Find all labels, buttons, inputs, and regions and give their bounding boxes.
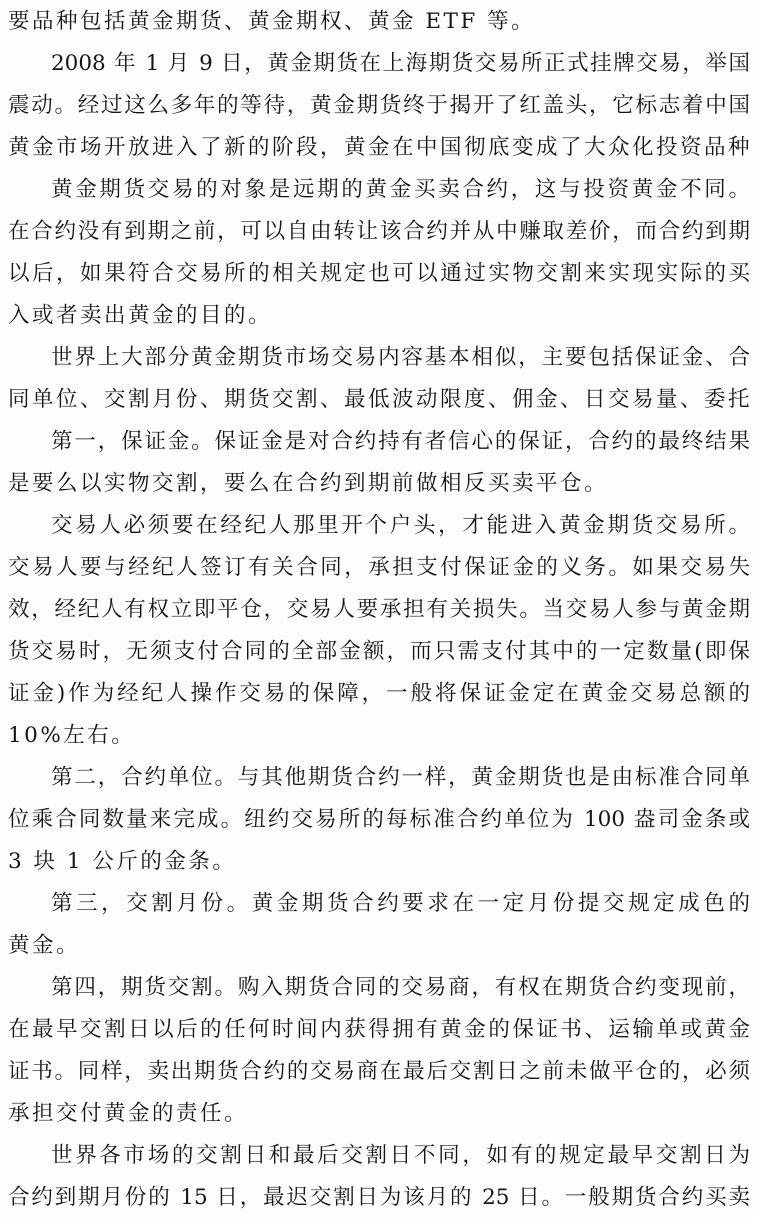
- text-line: 承担交付黄金的责任。: [8, 1093, 750, 1135]
- text-line: 以后，如果符合交易所的相关规定也可以通过实物交割来实现实际的买: [8, 253, 750, 295]
- text-line: 合约到期月份的 15 日，最迟交割日为该月的 25 日。一般期货合约买卖: [8, 1177, 750, 1217]
- text-line: 第一，保证金。保证金是对合约持有者信心的保证，合约的最终结果: [8, 421, 750, 463]
- text-line: 第二，合约单位。与其他期货合约一样，黄金期货也是由标准合同单: [8, 757, 750, 799]
- text-line: 效，经纪人有权立即平仓，交易人要承担有关损失。当交易人参与黄金期: [8, 589, 750, 631]
- text-line: 位乘合同数量来完成。纽约交易所的每标准合约单位为 100 盎司金条或: [8, 799, 750, 841]
- text-line: 在最早交割日以后的任何时间内获得拥有黄金的保证书、运输单或黄金: [8, 1009, 750, 1051]
- text-line: 交易人要与经纪人签订有关合同，承担支付保证金的义务。如果交易失: [8, 547, 750, 589]
- text-line: 黄金。: [8, 925, 750, 967]
- text-line: 第四，期货交割。购入期货合同的交易商，有权在期货合约变现前，: [8, 967, 750, 1009]
- book-page: 要品种包括黄金期货、黄金期权、黄金 ETF 等。2008 年 1 月 9 日，黄…: [0, 0, 758, 1217]
- text-line: 世界各市场的交割日和最后交割日不同，如有的规定最早交割日为: [8, 1135, 750, 1177]
- text-line: 3 块 1 公斤的金条。: [8, 841, 750, 883]
- text-line: 震动。经过这么多年的等待，黄金期货终于揭开了红盖头，它标志着中国: [8, 85, 750, 127]
- text-line: 证金)作为经纪人操作交易的保障，一般将保证金定在黄金交易总额的: [8, 673, 750, 715]
- text-line: 10%左右。: [8, 715, 750, 757]
- text-line: 证书。同样，卖出期货合约的交易商在最后交割日之前未做平仓的，必须: [8, 1051, 750, 1093]
- text-line: 在合约没有到期之前，可以自由转让该合约并从中赚取差价，而合约到期: [8, 211, 750, 253]
- text-line: 货交易时，无须支付合同的全部金额，而只需支付其中的一定数量(即保: [8, 631, 750, 673]
- text-line: 2008 年 1 月 9 日，黄金期货在上海期货交易所正式挂牌交易，举国: [8, 43, 750, 85]
- text-line: 要品种包括黄金期货、黄金期权、黄金 ETF 等。: [8, 1, 750, 43]
- text-line: 黄金市场开放进入了新的阶段，黄金在中国彻底变成了大众化投资品种。: [8, 127, 750, 169]
- text-line: 同单位、交割月份、期货交割、最低波动限度、佣金、日交易量、委托指令。: [8, 379, 750, 421]
- text-line: 入或者卖出黄金的目的。: [8, 295, 750, 337]
- text-line: 世界上大部分黄金期货市场交易内容基本相似，主要包括保证金、合: [8, 337, 750, 379]
- body-text: 要品种包括黄金期货、黄金期权、黄金 ETF 等。2008 年 1 月 9 日，黄…: [8, 1, 750, 1217]
- text-line: 第三，交割月份。黄金期货合约要求在一定月份提交规定成色的: [8, 883, 750, 925]
- text-line: 交易人必须要在经纪人那里开个户头，才能进入黄金期货交易所。: [8, 505, 750, 547]
- text-line: 是要么以实物交割，要么在合约到期前做相反买卖平仓。: [8, 463, 750, 505]
- text-line: 黄金期货交易的对象是远期的黄金买卖合约，这与投资黄金不同。: [8, 169, 750, 211]
